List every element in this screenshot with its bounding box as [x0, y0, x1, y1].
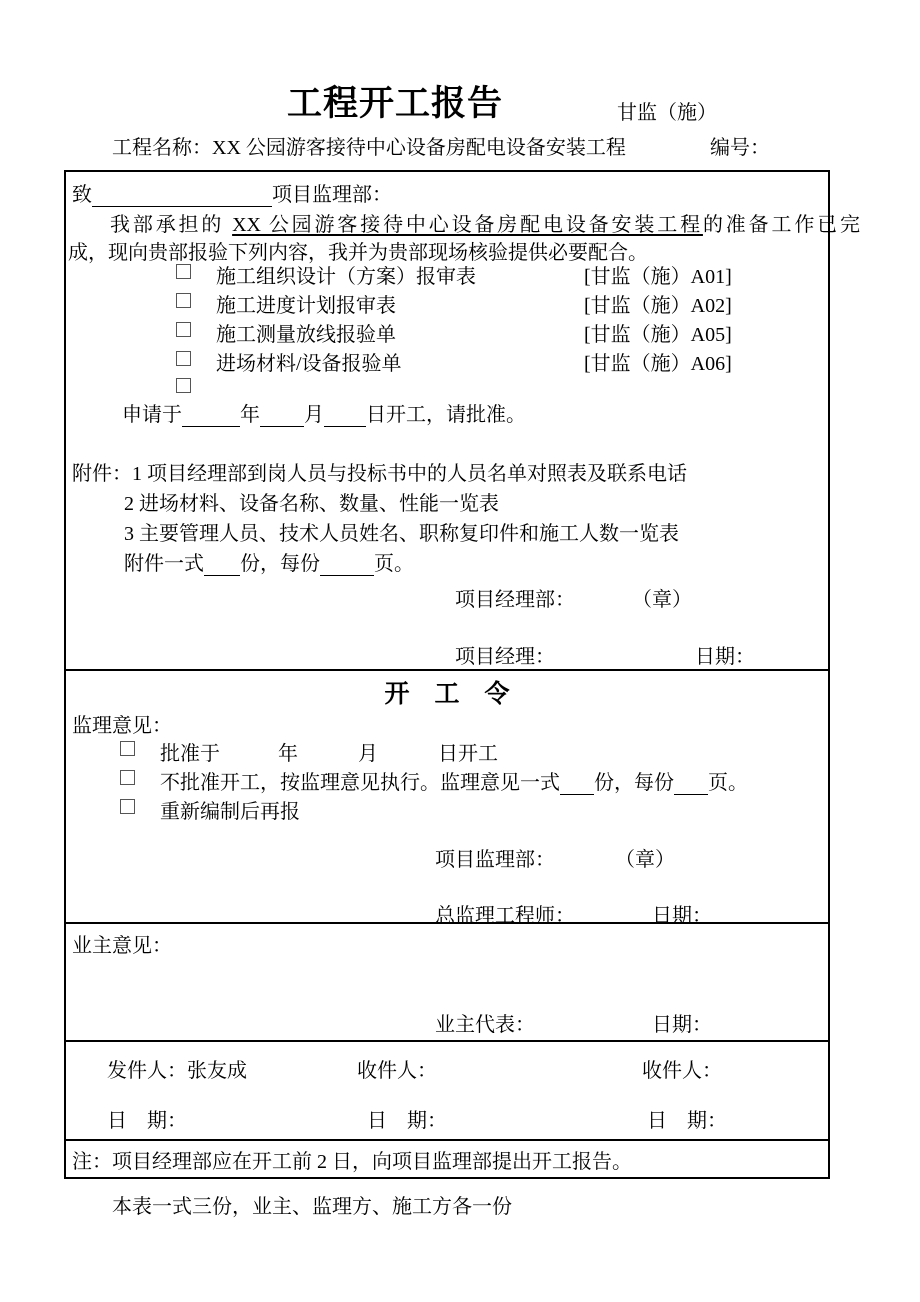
apply-line: 申请于年月日开工，请批准。: [122, 398, 526, 427]
apply-p2: 年: [240, 404, 260, 426]
checklist-row: 进场材料/设备报验单 [甘监（施）A06]: [66, 347, 828, 375]
attachment-item: 1 项目经理部到岗人员与投标书中的人员名单对照表及联系电话: [132, 463, 687, 485]
copies-p1: 附件一式: [124, 553, 204, 575]
checklist-row: 施工进度计划报审表 [甘监（施）A02]: [66, 289, 828, 317]
opt1-p2: 年: [278, 743, 298, 765]
apply-p1: 申请于: [122, 404, 182, 426]
project-name-value: XX 公园游客接待中心设备房配电设备安装工程: [212, 137, 626, 159]
opinion-pages-field[interactable]: [674, 774, 708, 795]
supervision-dept-label: 项目监理部：: [435, 843, 555, 872]
project-info-line: 工程名称：XX 公园游客接待中心设备房配电设备安装工程 编号：: [112, 131, 872, 160]
option-row-approve: 批准于年月日开工: [66, 737, 828, 765]
checkbox-icon[interactable]: [120, 799, 135, 814]
checklist-label: 施工测量放线报验单: [216, 318, 396, 347]
to-line: 致项目监理部：: [72, 178, 392, 207]
project-name-label: 工程名称：: [112, 137, 212, 159]
checkbox-icon[interactable]: [176, 322, 191, 337]
sign-line-dept: 项目经理部： （章）: [66, 583, 828, 611]
note-text: 注：项目经理部应在开工前 2 日，向项目监理部提出开工报告。: [72, 1145, 632, 1174]
section-note: 注：项目经理部应在开工前 2 日，向项目监理部提出开工报告。: [66, 1139, 828, 1177]
apply-p3: 月: [304, 404, 324, 426]
footer-note: 本表一式三份，业主、监理方、施工方各一份: [112, 1190, 512, 1219]
supervisor-opinion-label: 监理意见：: [72, 709, 172, 738]
checklist-label: 施工进度计划报审表: [216, 289, 396, 318]
delivery-dates-row: 日 期： 日 期： 日 期：: [66, 1104, 828, 1132]
section-report: 致项目监理部： 我部承担的 XX 公园游客接待中心设备房配电设备安装工程的准备工…: [66, 172, 828, 669]
to-blank-field[interactable]: [92, 186, 272, 207]
order-title: 开 工 令: [66, 674, 828, 710]
copies-p2: 份，每份: [240, 553, 320, 575]
owner-rep-label: 业主代表：: [435, 1008, 535, 1037]
checkbox-icon[interactable]: [176, 378, 191, 393]
date-field: 日 期：: [107, 1104, 187, 1133]
section-owner: 业主意见： 业主代表： 日期：: [66, 922, 828, 1040]
number-label: 编号：: [710, 131, 770, 160]
main-table: 致项目监理部： 我部承担的 XX 公园游客接待中心设备房配电设备安装工程的准备工…: [64, 170, 830, 1179]
project-manager-label: 项目经理：: [455, 640, 555, 669]
checkbox-icon[interactable]: [120, 741, 135, 756]
apply-day-field[interactable]: [324, 406, 366, 427]
apply-month-field[interactable]: [260, 406, 304, 427]
opt1-p4: 日开工: [438, 743, 498, 765]
opt1-p1: 批准于: [160, 743, 220, 765]
checkbox-icon[interactable]: [176, 264, 191, 279]
project-dept-label: 项目经理部：: [455, 583, 575, 612]
option-approve-text: 批准于年月日开工: [160, 737, 498, 766]
checklist-row: 施工组织设计（方案）报审表 [甘监（施）A01]: [66, 260, 828, 288]
section-delivery: 发件人：张友成 收件人： 收件人： 日 期： 日 期： 日 期：: [66, 1040, 828, 1139]
opt2-p2: 份，每份: [594, 772, 674, 794]
date-field: 日 期：: [367, 1104, 447, 1133]
opinion-copies-field[interactable]: [560, 774, 594, 795]
date-field: 日 期：: [647, 1104, 727, 1133]
apply-year-field[interactable]: [182, 406, 240, 427]
copies-count-field[interactable]: [204, 555, 240, 576]
opt2-p1: 不批准开工，按监理意见执行。监理意见一式: [160, 772, 560, 794]
copies-p3: 页。: [374, 553, 414, 575]
sign-line-manager: 项目经理： 日期：: [66, 640, 828, 668]
receiver-field: 收件人：: [642, 1054, 722, 1083]
pages-count-field[interactable]: [320, 555, 374, 576]
date-label: 日期：: [652, 1008, 712, 1037]
form-code: 甘监（施）: [617, 96, 717, 125]
option-reject-text: 不批准开工，按监理意见执行。监理意见一式份，每份页。: [160, 766, 748, 795]
checklist-row: 施工测量放线报验单 [甘监（施）A05]: [66, 318, 828, 346]
body-prefix: 我部承担的: [110, 214, 232, 236]
checklist-label: 施工组织设计（方案）报审表: [216, 260, 476, 289]
checkbox-icon[interactable]: [120, 770, 135, 785]
checkbox-icon[interactable]: [176, 351, 191, 366]
sender-field: 发件人：张友成: [107, 1054, 247, 1083]
attachment-item: 3 主要管理人员、技术人员姓名、职称复印件和施工人数一览表: [124, 517, 679, 546]
checklist-code: [甘监（施）A01]: [584, 260, 732, 289]
date-label: 日期：: [695, 640, 755, 669]
section-order: 开 工 令 监理意见： 批准于年月日开工 不批准开工，按监理意见执行。监理意见一…: [66, 669, 828, 922]
opt1-p3: 月: [358, 743, 378, 765]
option-row-reject: 不批准开工，按监理意见执行。监理意见一式份，每份页。: [66, 766, 828, 794]
sender-label: 发件人：: [107, 1060, 187, 1082]
sender-name: 张友成: [187, 1060, 247, 1082]
owner-opinion-label: 业主意见：: [72, 929, 172, 958]
body-paragraph-line1: 我部承担的 XX 公园游客接待中心设备房配电设备安装工程的准备工作已完: [68, 208, 860, 237]
attachments-label: 附件：: [72, 463, 132, 485]
delivery-names-row: 发件人：张友成 收件人： 收件人：: [66, 1054, 828, 1082]
seal-label: （章）: [632, 583, 692, 612]
checkbox-icon[interactable]: [176, 293, 191, 308]
option-row-resubmit: 重新编制后再报: [66, 795, 828, 823]
checklist-code: [甘监（施）A05]: [584, 318, 732, 347]
attachment-item: 2 进场材料、设备名称、数量、性能一览表: [124, 487, 499, 516]
apply-p4: 日开工，请批准。: [366, 404, 526, 426]
seal-label: （章）: [615, 843, 675, 872]
sign-line-owner: 业主代表： 日期：: [66, 1008, 828, 1036]
option-resubmit-text: 重新编制后再报: [160, 795, 300, 824]
checklist-code: [甘监（施）A02]: [584, 289, 732, 318]
checklist-label: 进场材料/设备报验单: [216, 347, 402, 376]
to-suffix: 项目监理部：: [272, 184, 392, 206]
receiver-field: 收件人：: [357, 1054, 437, 1083]
checklist-code: [甘监（施）A06]: [584, 347, 732, 376]
attachments-line-1: 附件：1 项目经理部到岗人员与投标书中的人员名单对照表及联系电话: [72, 457, 687, 486]
page-title: 工程开工报告: [287, 76, 503, 126]
opt2-p3: 页。: [708, 772, 748, 794]
sign-line-supervision-dept: 项目监理部： （章）: [66, 843, 828, 871]
attachments-copies-line: 附件一式份，每份页。: [124, 547, 414, 576]
body-project-name: XX 公园游客接待中心设备房配电设备安装工程: [232, 214, 703, 236]
body-suffix: 的准备工作已完: [703, 214, 860, 236]
to-prefix: 致: [72, 184, 92, 206]
